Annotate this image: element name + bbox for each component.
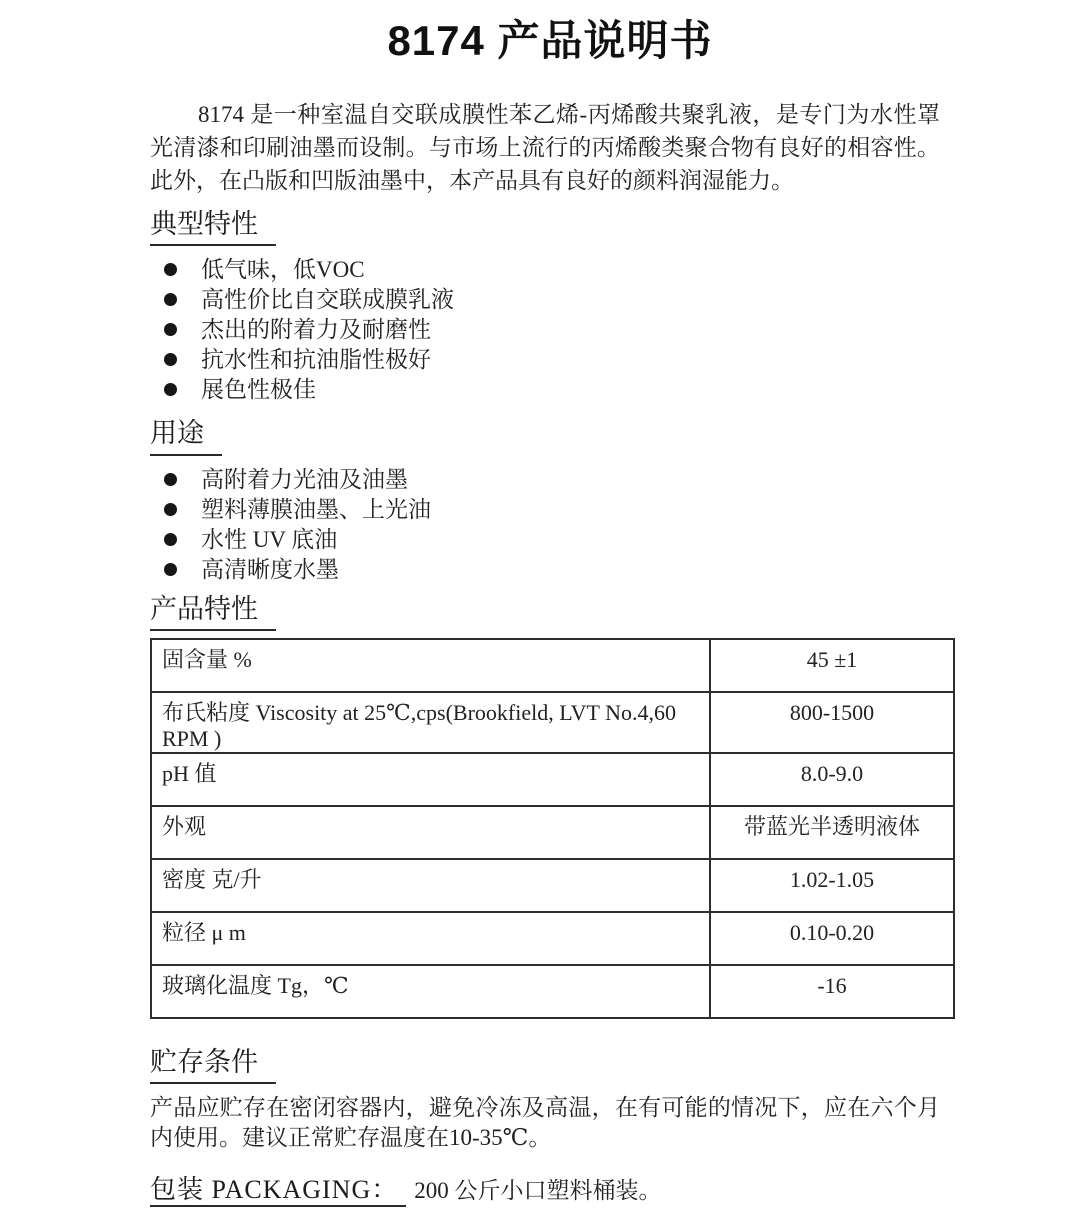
table-row: 玻璃化温度 Tg，℃ -16 [151, 965, 954, 1018]
bullet-icon [164, 503, 177, 516]
page-title: 8174 产品说明书 [150, 16, 950, 66]
list-item-label: 高附着力光油及油墨 [201, 465, 408, 494]
property-value: -16 [710, 965, 954, 1018]
bullet-icon [164, 473, 177, 486]
property-value: 45 ±1 [710, 639, 954, 692]
section-heading-typical-properties-label: 典型特性 [150, 207, 276, 246]
list-item-label: 水性 UV 底油 [201, 525, 337, 554]
property-label: 固含量 % [151, 639, 710, 692]
property-value: 带蓝光半透明液体 [710, 806, 954, 859]
property-value: 0.10-0.20 [710, 912, 954, 965]
section-heading-product-properties-label: 产品特性 [150, 592, 276, 631]
property-label: 粒径 μ m [151, 912, 710, 965]
list-item-label: 低气味，低VOC [201, 255, 365, 284]
table-row: 布氏粘度 Viscosity at 25℃,cps(Brookfield, LV… [151, 692, 954, 753]
section-heading-uses-label: 用途 [150, 416, 222, 455]
section-heading-product-properties: 产品特性 [150, 592, 950, 631]
table-row: 外观 带蓝光半透明液体 [151, 806, 954, 859]
list-item: 高清晰度水墨 [150, 555, 950, 584]
bullet-icon [164, 383, 177, 396]
property-label: 外观 [151, 806, 710, 859]
typical-properties-list: 低气味，低VOC 高性价比自交联成膜乳液 杰出的附着力及耐磨性 抗水性和抗油脂性… [150, 255, 950, 404]
list-item-label: 塑料薄膜油墨、上光油 [201, 495, 431, 524]
list-item: 抗水性和抗油脂性极好 [150, 345, 950, 374]
section-heading-storage-conditions-label: 贮存条件 [150, 1045, 276, 1084]
property-value: 800-1500 [710, 692, 954, 753]
bullet-icon [164, 533, 177, 546]
property-value: 1.02-1.05 [710, 859, 954, 912]
table-row: pH 值 8.0-9.0 [151, 753, 954, 806]
bullet-icon [164, 263, 177, 276]
list-item: 塑料薄膜油墨、上光油 [150, 495, 950, 524]
list-item: 低气味，低VOC [150, 255, 950, 284]
property-label: 布氏粘度 Viscosity at 25℃,cps(Brookfield, LV… [151, 692, 710, 753]
bullet-icon [164, 353, 177, 366]
section-heading-uses: 用途 [150, 416, 950, 455]
list-item: 展色性极佳 [150, 375, 950, 404]
property-label: 玻璃化温度 Tg，℃ [151, 965, 710, 1018]
list-item: 高附着力光油及油墨 [150, 465, 950, 494]
bullet-icon [164, 293, 177, 306]
property-label: pH 值 [151, 753, 710, 806]
intro-paragraph: 8174 是一种室温自交联成膜性苯乙烯-丙烯酸共聚乳液，是专门为水性罩光清漆和印… [150, 98, 940, 197]
list-item: 水性 UV 底油 [150, 525, 950, 554]
table-row: 固含量 % 45 ±1 [151, 639, 954, 692]
packaging-line: 包装 PACKAGING：200 公斤小口塑料桶装。 [150, 1169, 950, 1206]
storage-conditions-paragraph: 产品应贮存在密闭容器内，避免冷冻及高温，在有可能的情况下，应在六个月内使用。建议… [150, 1093, 940, 1153]
document-page: 8174 产品说明书 8174 是一种室温自交联成膜性苯乙烯-丙烯酸共聚乳液，是… [0, 0, 1080, 1230]
list-item-label: 杰出的附着力及耐磨性 [201, 315, 431, 344]
list-item-label: 高清晰度水墨 [201, 555, 339, 584]
list-item-label: 抗水性和抗油脂性极好 [201, 345, 431, 374]
product-properties-table: 固含量 % 45 ±1 布氏粘度 Viscosity at 25℃,cps(Br… [150, 638, 955, 1019]
packaging-label: 包装 PACKAGING： [150, 1175, 406, 1207]
table-row: 粒径 μ m 0.10-0.20 [151, 912, 954, 965]
property-value: 8.0-9.0 [710, 753, 954, 806]
table-row: 密度 克/升 1.02-1.05 [151, 859, 954, 912]
list-item-label: 展色性极佳 [201, 375, 316, 404]
uses-list: 高附着力光油及油墨 塑料薄膜油墨、上光油 水性 UV 底油 高清晰度水墨 [150, 465, 950, 584]
bullet-icon [164, 563, 177, 576]
list-item: 高性价比自交联成膜乳液 [150, 285, 950, 314]
section-heading-typical-properties: 典型特性 [150, 207, 950, 246]
bullet-icon [164, 323, 177, 336]
property-label: 密度 克/升 [151, 859, 710, 912]
list-item: 杰出的附着力及耐磨性 [150, 315, 950, 344]
packaging-value: 200 公斤小口塑料桶装。 [414, 1178, 661, 1203]
section-heading-storage-conditions: 贮存条件 [150, 1045, 950, 1084]
list-item-label: 高性价比自交联成膜乳液 [201, 285, 454, 314]
